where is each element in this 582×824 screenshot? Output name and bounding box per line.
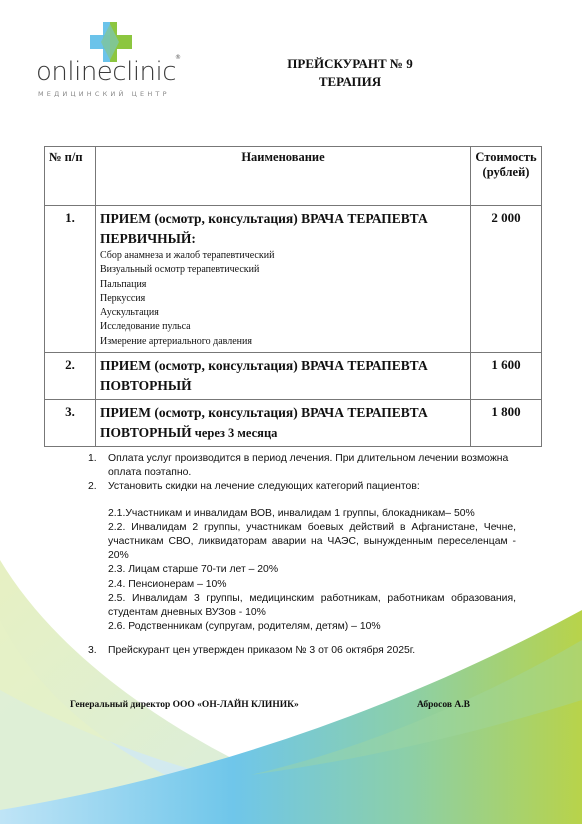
service-item: Пальпация — [100, 278, 466, 292]
logo-subtitle: МЕДИЦИНСКИЙ ЦЕНТР — [38, 90, 170, 98]
note-text: Установить скидки на лечение следующих к… — [108, 481, 420, 492]
signature-name: Абросов А.В — [417, 700, 470, 710]
row-price: 1 800 — [471, 400, 542, 447]
discount-item: 2.6. Родственникам (супругам, родителям,… — [108, 620, 516, 634]
row-service: ПРИЕМ (осмотр, консультация) ВРАЧА ТЕРАП… — [96, 353, 471, 400]
row-number: 2. — [45, 353, 96, 400]
service-item: Исследование пульса — [100, 320, 466, 334]
discount-item: 2.1.Участникам и инвалидам ВОВ, инвалида… — [108, 507, 516, 521]
discount-item: 2.5. Инвалидам 3 группы, медицинским раб… — [108, 592, 516, 620]
note-number: 1. — [88, 452, 97, 466]
table-row: 1. ПРИЕМ (осмотр, консультация) ВРАЧА ТЕ… — [45, 206, 542, 353]
service-item: Перкуссия — [100, 292, 466, 306]
discount-item: 2.2. Инвалидам 2 группы, участникам боев… — [108, 521, 516, 564]
discount-item: 2.3. Лицам старше 70-ти лет – 20% — [108, 563, 516, 577]
service-title: ПРИЕМ (осмотр, консультация) ВРАЧА ТЕРАП… — [100, 356, 466, 396]
note-item: 3. Прейскурант цен утвержден приказом № … — [88, 644, 516, 658]
signature-position: Генеральный директор ООО «ОН-ЛАЙН КЛИНИК… — [70, 700, 299, 710]
row-number: 3. — [45, 400, 96, 447]
row-service: ПРИЕМ (осмотр, консультация) ВРАЧА ТЕРАП… — [96, 206, 471, 353]
service-item: Измерение артериального давления — [100, 335, 466, 349]
service-title-suffix: через 3 месяца — [192, 426, 278, 440]
note-item: 1. Оплата услуг производится в период ле… — [88, 452, 516, 480]
discount-list: 2.1.Участникам и инвалидам ВОВ, инвалида… — [108, 507, 516, 635]
notes-list: 1. Оплата услуг производится в период ле… — [88, 452, 516, 659]
note-text: Оплата услуг производится в период лечен… — [108, 453, 508, 478]
table-header-row: № п/п Наименование Стоимость (рублей) — [45, 147, 542, 206]
table-row: 2. ПРИЕМ (осмотр, консультация) ВРАЧА ТЕ… — [45, 353, 542, 400]
row-price: 2 000 — [471, 206, 542, 353]
row-number: 1. — [45, 206, 96, 353]
service-item: Визуальный осмотр терапевтический — [100, 263, 466, 277]
price-table: № п/п Наименование Стоимость (рублей) 1.… — [44, 146, 542, 447]
title-line-2: ТЕРАПИЯ — [230, 73, 470, 91]
row-service: ПРИЕМ (осмотр, консультация) ВРАЧА ТЕРАП… — [96, 400, 471, 447]
header-number: № п/п — [45, 147, 96, 206]
service-title: ПРИЕМ (осмотр, консультация) ВРАЧА ТЕРАП… — [100, 403, 466, 443]
service-item: Сбор анамнеза и жалоб терапевтический — [100, 249, 466, 263]
header-price: Стоимость (рублей) — [471, 147, 542, 206]
note-item: 2. Установить скидки на лечение следующи… — [88, 480, 516, 634]
medical-cross-icon — [88, 22, 134, 62]
row-price: 1 600 — [471, 353, 542, 400]
clinic-logo: ® onlineclinic МЕДИЦИНСКИЙ ЦЕНТР — [34, 24, 184, 99]
note-number: 2. — [88, 480, 97, 494]
header-name: Наименование — [96, 147, 471, 206]
note-text: Прейскурант цен утвержден приказом № 3 о… — [108, 645, 415, 656]
note-number: 3. — [88, 644, 97, 658]
logo-wordmark: onlineclinic — [36, 59, 176, 85]
document-title: ПРЕЙСКУРАНТ № 9 ТЕРАПИЯ — [230, 55, 470, 91]
title-line-1: ПРЕЙСКУРАНТ № 9 — [230, 55, 470, 73]
service-title: ПРИЕМ (осмотр, консультация) ВРАЧА ТЕРАП… — [100, 209, 466, 249]
discount-item: 2.4. Пенсионерам – 10% — [108, 578, 516, 592]
service-item: Аускультация — [100, 306, 466, 320]
table-row: 3. ПРИЕМ (осмотр, консультация) ВРАЧА ТЕ… — [45, 400, 542, 447]
